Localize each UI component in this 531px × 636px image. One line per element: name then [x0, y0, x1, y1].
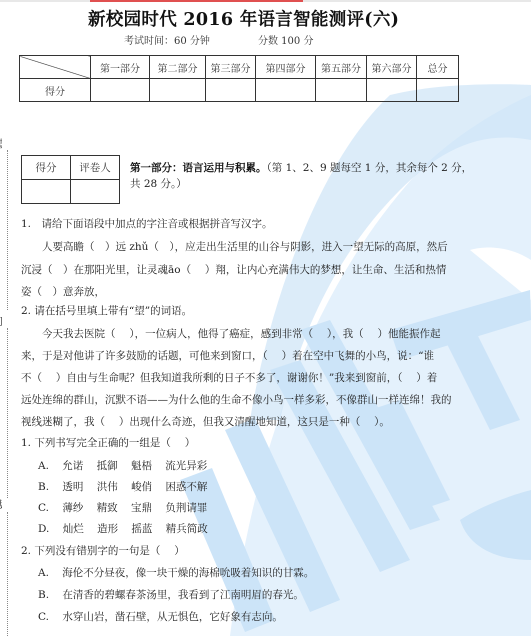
q2-line: 来，于是对他讲了许多鼓励的话题，可他来到窗口，（ ）着在空中飞舞的小鸟，说：“谁	[21, 349, 434, 363]
exam-time: 考试时间：60 分钟	[124, 32, 210, 47]
option-text: 海伦不分昼夜，像一块干燥的海棉吮吸着知识的甘霖。	[62, 567, 314, 579]
q2-line: 视线迷糊了，我（ ）出现什么奇迹，但我又清醒地知道，这只是一种（ ）。	[21, 415, 390, 429]
section1-heading: 第一部分：语言运用与积累。（第 1、2、9 题每空 1 分，其余每个 2 分， …	[130, 160, 510, 192]
mc1-option-d[interactable]: D. 灿烂 造形 摇蓝 精兵简政	[38, 522, 208, 536]
exam-title: 新校园时代 2016 年语言智能测评(六)	[88, 6, 399, 31]
option-word: 造形	[97, 523, 118, 535]
score-cell-part2[interactable]	[150, 79, 206, 102]
mc2-prompt: 2. 下列没有错别字的一句是（ ）	[21, 544, 185, 558]
col-header-part3: 第三部分	[206, 56, 256, 79]
option-word: 洪伟	[97, 481, 118, 493]
score-cell-total[interactable]	[417, 79, 459, 102]
section1-title: 第一部分：语言运用与积累。	[130, 162, 267, 174]
total-score-label: 分数 100 分	[258, 32, 313, 47]
col-header-part2: 第二部分	[150, 56, 206, 79]
section1-note-cont: 共 28 分。）	[130, 178, 187, 190]
q2-prompt: 2. 请在括号里填上带有“望”的词语。	[21, 304, 192, 318]
row-label-score: 得分	[20, 79, 91, 102]
option-word: 抵御	[97, 460, 118, 472]
option-label: A.	[38, 567, 49, 579]
option-word: 困惑不解	[165, 481, 207, 493]
mc1-option-c[interactable]: C. 薄纱 精致 宝鼎 负荆请罪	[38, 501, 207, 515]
col-header-part1: 第一部分	[91, 56, 150, 79]
option-word: 灿烂	[63, 523, 84, 535]
option-word: 允诺	[62, 460, 83, 472]
scorer-header-score: 得分	[22, 156, 71, 180]
binding-char: 装	[0, 136, 2, 152]
score-cell-part4[interactable]	[256, 79, 316, 102]
option-word: 宝鼎	[131, 502, 152, 514]
option-label: A.	[38, 460, 49, 472]
binding-line-segment	[7, 328, 8, 498]
q1-line: 姿（ ）意奔放，	[21, 285, 105, 299]
score-cell-part1[interactable]	[91, 79, 150, 102]
scorer-cell-score[interactable]	[22, 180, 71, 204]
binding-line-segment	[7, 512, 8, 636]
option-label: B.	[38, 481, 49, 493]
diagonal-header-cell	[20, 56, 91, 79]
option-label: C.	[38, 502, 49, 514]
q1-line: 沉浸（ ）在那阳光里，让灵魂āo（ ）翔，让内心充满伟大的梦想，让生命、生活和热…	[21, 263, 446, 277]
mc1-option-b[interactable]: B. 透明 洪伟 峻俏 困惑不解	[38, 480, 207, 494]
option-label: B.	[38, 589, 49, 601]
mc2-option-a[interactable]: A. 海伦不分昼夜，像一块干燥的海棉吮吸着知识的甘霖。	[38, 566, 314, 580]
option-word: 负荆请罪	[165, 502, 207, 514]
score-cell-part5[interactable]	[316, 79, 367, 102]
option-word: 摇蓝	[131, 523, 152, 535]
scorer-box: 得分 评卷人	[21, 155, 120, 204]
binding-char: 订	[0, 313, 2, 329]
score-cell-part6[interactable]	[367, 79, 417, 102]
option-word: 精致	[97, 502, 118, 514]
option-word: 透明	[62, 481, 83, 493]
option-text: 水穿山岩，凿石壁，从无惧色，它好象有志向。	[62, 611, 283, 623]
option-word: 薄纱	[62, 502, 83, 514]
q2-line: 远处连绵的群山，沉默不语——为什么他的生命不像小鸟一样多彩，不像群山一样连绵！我…	[21, 393, 452, 407]
score-table: 第一部分 第二部分 第三部分 第四部分 第五部分 第六部分 总分 得分	[19, 55, 459, 102]
col-header-total: 总分	[417, 56, 459, 79]
col-header-part6: 第六部分	[367, 56, 417, 79]
option-text: 在清香的碧螺春茶汤里，我看到了江南明眉的春光。	[62, 589, 304, 601]
option-word: 流光异彩	[165, 460, 207, 472]
score-table-score-row: 得分	[20, 79, 459, 102]
binding-char: 线	[0, 497, 2, 513]
q2-line: 今天我去医院（ ），一位病人，他得了癌症，感到非常（ ），我（ ）他能振作起	[42, 327, 441, 341]
scorer-header-grader: 评卷人	[71, 156, 120, 180]
option-label: D.	[38, 523, 49, 535]
mc1-prompt: 1. 下列书写完全正确的一组是（ ）	[21, 436, 195, 450]
binding-line-segment	[7, 150, 8, 310]
option-word: 峻俏	[131, 481, 152, 493]
option-label: C.	[38, 611, 49, 623]
score-cell-part3[interactable]	[206, 79, 256, 102]
col-header-part5: 第五部分	[316, 56, 367, 79]
mc1-option-a[interactable]: A. 允诺 抵御 魁梧 流光异彩	[38, 459, 207, 473]
score-table-header-row: 第一部分 第二部分 第三部分 第四部分 第五部分 第六部分 总分	[20, 56, 459, 79]
q1-prompt: 1. 请给下面语段中加点的字注音或根据拼音写汉字。	[21, 217, 273, 231]
option-word: 精兵简政	[166, 523, 208, 535]
mc2-option-b[interactable]: B. 在清香的碧螺春茶汤里，我看到了江南明眉的春光。	[38, 588, 304, 602]
q1-line: 人要高瞻（ ）远 zhǔ（ ），应走出生活里的山谷与阴影，进入一望无际的高原，然…	[42, 240, 448, 254]
q2-line: 不（ ）自由与生命呢？但我知道我所剩的日子不多了，谢谢你！”我来到窗前，（ ）着	[21, 371, 437, 385]
col-header-part4: 第四部分	[256, 56, 316, 79]
scorer-cell-grader[interactable]	[71, 180, 120, 204]
section1-note: （第 1、2、9 题每空 1 分，其余每个 2 分，	[267, 162, 473, 174]
option-word: 魁梧	[131, 460, 152, 472]
mc2-option-c[interactable]: C. 水穿山岩，凿石壁，从无惧色，它好象有志向。	[38, 610, 283, 624]
